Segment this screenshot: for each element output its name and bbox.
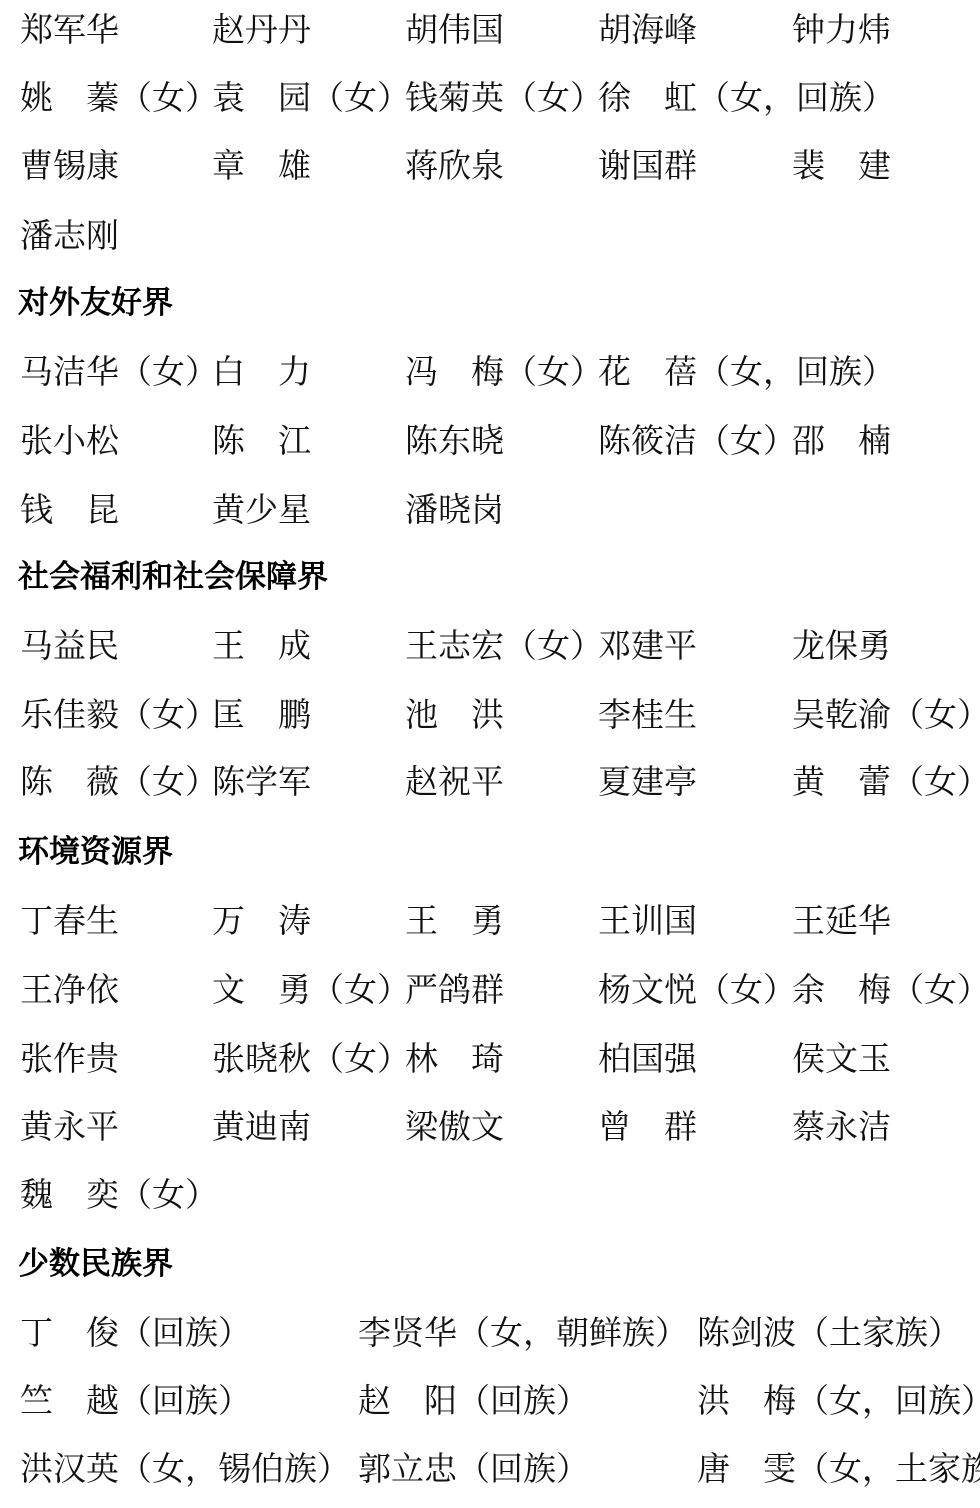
member-name: 池 洪 — [405, 690, 504, 740]
member-name: 黄迪南 — [212, 1102, 311, 1152]
member-name: 谢国群 — [598, 141, 697, 191]
member-name: 钱菊英（女） — [405, 73, 603, 123]
member-name: 王净依 — [20, 965, 119, 1015]
member-name: 白 力 — [212, 347, 311, 397]
member-name: 潘晓岗 — [405, 485, 504, 535]
member-name: 陈筱洁（女） — [598, 416, 796, 466]
member-name: 郭立忠（回族） — [358, 1444, 589, 1494]
member-name: 张晓秋（女） — [212, 1034, 410, 1084]
member-name: 李桂生 — [598, 690, 697, 740]
member-name: 丁 俊（回族） — [20, 1308, 251, 1358]
section-heading: 社会福利和社会保障界 — [18, 557, 328, 597]
member-name: 万 涛 — [212, 896, 311, 946]
member-name: 曾 群 — [598, 1102, 697, 1152]
member-name: 文 勇（女） — [212, 965, 410, 1015]
section-heading: 少数民族界 — [18, 1244, 173, 1284]
member-name: 马洁华（女） — [20, 347, 218, 397]
member-name: 严鸽群 — [405, 965, 504, 1015]
member-name: 赵祝平 — [405, 757, 504, 807]
member-name: 王 成 — [212, 621, 311, 671]
member-name: 曹锡康 — [20, 141, 119, 191]
member-name: 洪 梅（女，回族） — [697, 1376, 980, 1426]
member-name: 蒋欣泉 — [405, 141, 504, 191]
member-name: 杨文悦（女） — [598, 965, 796, 1015]
member-name: 陈 薇（女） — [20, 757, 218, 807]
member-name: 马益民 — [20, 621, 119, 671]
member-name: 乐佳毅（女） — [20, 690, 218, 740]
member-name: 唐 雯（女，土家族） — [697, 1444, 980, 1494]
member-name: 黄永平 — [20, 1102, 119, 1152]
member-name: 夏建亭 — [598, 757, 697, 807]
member-name: 王 勇 — [405, 896, 504, 946]
member-name: 龙保勇 — [792, 621, 891, 671]
member-name: 陈 江 — [212, 416, 311, 466]
section-heading: 环境资源界 — [18, 832, 173, 872]
member-name: 侯文玉 — [792, 1034, 891, 1084]
member-name: 匡 鹏 — [212, 690, 311, 740]
member-name: 魏 奕（女） — [20, 1170, 218, 1220]
member-name: 蔡永洁 — [792, 1102, 891, 1152]
member-name: 柏国强 — [598, 1034, 697, 1084]
member-name: 邵 楠 — [792, 416, 891, 466]
member-name: 胡海峰 — [598, 5, 697, 55]
member-name: 吴乾渝（女） — [792, 690, 980, 740]
member-name: 赵 阳（回族） — [358, 1376, 589, 1426]
member-name: 花 蓓（女，回族） — [598, 347, 895, 397]
member-name: 陈剑波（土家族） — [697, 1308, 961, 1358]
member-name: 王延华 — [792, 896, 891, 946]
member-name: 冯 梅（女） — [405, 347, 603, 397]
member-name: 徐 虹（女，回族） — [598, 73, 895, 123]
member-name: 郑军华 — [20, 5, 119, 55]
member-name: 赵丹丹 — [212, 5, 311, 55]
member-name: 洪汉英（女，锡伯族） — [20, 1444, 350, 1494]
member-name: 李贤华（女，朝鲜族） — [358, 1308, 688, 1358]
member-name: 陈东晓 — [405, 416, 504, 466]
member-name: 钱 昆 — [20, 485, 119, 535]
member-name: 胡伟国 — [405, 5, 504, 55]
member-name: 林 琦 — [405, 1034, 504, 1084]
member-name: 王志宏（女） — [405, 621, 603, 671]
member-name: 姚 蓁（女） — [20, 73, 218, 123]
section-heading: 对外友好界 — [18, 283, 173, 323]
member-name: 袁 园（女） — [212, 73, 410, 123]
member-name: 张小松 — [20, 416, 119, 466]
member-name: 丁春生 — [20, 896, 119, 946]
member-name: 钟力炜 — [792, 5, 891, 55]
member-name: 潘志刚 — [20, 211, 119, 261]
member-name: 陈学军 — [212, 757, 311, 807]
member-name: 裴 建 — [792, 141, 891, 191]
member-name: 黄 蕾（女） — [792, 757, 980, 807]
member-name: 黄少星 — [212, 485, 311, 535]
member-name: 邓建平 — [598, 621, 697, 671]
member-name: 王训国 — [598, 896, 697, 946]
member-name: 竺 越（回族） — [20, 1376, 251, 1426]
member-name: 梁傲文 — [405, 1102, 504, 1152]
member-name: 张作贵 — [20, 1034, 119, 1084]
member-name: 余 梅（女） — [792, 965, 980, 1015]
member-name: 章 雄 — [212, 141, 311, 191]
